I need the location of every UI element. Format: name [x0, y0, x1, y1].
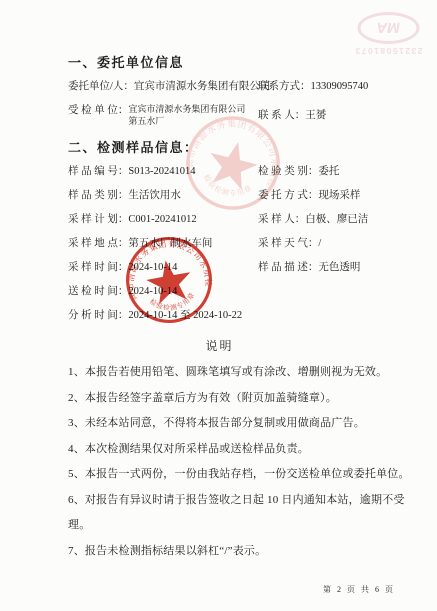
client-value: 宜宾市清源水务集团有限公司	[134, 80, 271, 94]
sampling-site-value: 第五水厂制水车间	[128, 237, 212, 251]
analysis-time-value: 2024-10-14 至 2024-10-22	[128, 309, 242, 323]
sample-info-row: 采 样 时 间：2024-10-14 样 品 描 述：无色透明	[68, 261, 399, 275]
phone-label: 联系方式：	[258, 80, 311, 94]
test-category-value: 委托	[318, 165, 339, 179]
cma-ma-label: MA	[377, 20, 400, 37]
notes-title: 说明	[54, 337, 385, 354]
inspected-unit-field: 受 检 单 位： 宜宾市清源水务集团有限公司 第五水厂	[68, 104, 258, 127]
commission-mode-label: 委 托 方 式：	[258, 189, 318, 203]
contact-person-value: 王赟	[305, 109, 326, 123]
note-line-6-continued: 理。	[68, 513, 399, 539]
commission-mode-value: 现场采样	[318, 189, 360, 203]
cma-accreditation-watermark: 23215081073 MA	[354, 12, 423, 56]
client-row: 委托单位/人：宜宾市清源水务集团有限公司 联系方式：13309095740	[68, 80, 399, 94]
sampling-plan-label: 采 样 计 划：	[68, 213, 128, 227]
sample-info-row: 送 检 时 间：2024-10-14	[68, 285, 399, 299]
inspected-unit-row: 受 检 单 位： 宜宾市清源水务集团有限公司 第五水厂 联 系 人：王赟	[68, 104, 399, 127]
section2-title: 二、检测样品信息：	[68, 137, 399, 156]
delivery-time-value: 2024-10-14	[128, 285, 177, 299]
note-line-5: 5、本报告一式两份，一份由我站存档，一份交送检单位或委托单位。	[68, 462, 399, 488]
test-category-label: 检 验 类 别：	[258, 165, 318, 179]
sampling-time-label: 采 样 时 间：	[68, 261, 128, 275]
section1-title: 一、委托单位信息	[68, 52, 399, 71]
note-line-3: 3、未经本站同意，不得将本报告部分复制或用做商品广告。	[68, 411, 399, 437]
contact-phone-field: 联系方式：13309095740	[258, 80, 399, 94]
inspected-unit-value: 宜宾市清源水务集团有限公司 第五水厂	[128, 104, 245, 127]
sample-no-label: 样 品 编 号：	[68, 165, 128, 179]
sampling-weather-value: /	[318, 237, 321, 251]
note-line-2: 2、本报告经签字盖章后方为有效（附页加盖骑缝章）。	[68, 386, 399, 412]
sampling-weather-label: 采 样 天 气：	[258, 237, 318, 251]
sampling-time-value: 2024-10-14	[128, 261, 177, 275]
page-number: 第 2 页 共 6 页	[323, 584, 395, 595]
sampler-label: 采 样 人：	[258, 213, 305, 227]
report-body: 一、委托单位信息 委托单位/人：宜宾市清源水务集团有限公司 联系方式：13309…	[68, 52, 399, 564]
note-line-1: 1、本报告若使用铅笔、圆珠笔填写或有涂改、增删则视为无效。	[68, 360, 399, 386]
report-page: 23215081073 MA 一、委托单位信息 委托单位/人：宜宾市清源水务集团…	[0, 0, 437, 611]
sample-type-label: 样 品 类 别：	[68, 189, 128, 203]
note-line-7: 7、报告未检测指标结果以斜杠“/”表示。	[68, 539, 399, 565]
phone-value: 13309095740	[311, 80, 369, 94]
note-line-6: 6、对报告有异议时请于报告签收之日起 10 日内通知本站，逾期不受	[68, 488, 399, 514]
client-name-field: 委托单位/人：宜宾市清源水务集团有限公司	[68, 80, 258, 94]
sample-info-row: 采 样 计 划：C001-20241012 采 样 人：白极、廖已洁	[68, 213, 399, 227]
cma-oval-icon: MA	[358, 12, 420, 44]
sampling-plan-value: C001-20241012	[128, 213, 196, 227]
sampler-value: 白极、廖已洁	[305, 213, 368, 227]
delivery-time-label: 送 检 时 间：	[68, 285, 128, 299]
sample-info-row: 样 品 类 别：生活饮用水 委 托 方 式：现场采样	[68, 189, 399, 203]
inspected-unit-line2: 第五水厂	[128, 116, 164, 126]
contact-person-field: 联 系 人：王赟	[258, 109, 399, 123]
analysis-time-label: 分 析 时 间：	[68, 309, 128, 323]
sample-type-value: 生活饮用水	[128, 189, 181, 203]
sample-description-label: 样 品 描 述：	[258, 261, 318, 275]
note-line-4: 4、本次检测结果仅对所采样品或送检样品负责。	[68, 437, 399, 463]
sampling-site-label: 采 样 地 点：	[68, 237, 128, 251]
sample-description-value: 无色透明	[318, 261, 360, 275]
sample-info-row: 样 品 编 号：S013-20241014 检 验 类 别：委托	[68, 165, 399, 179]
sample-info-row: 分 析 时 间：2024-10-14 至 2024-10-22	[68, 309, 399, 323]
client-label: 委托单位/人：	[68, 80, 134, 94]
contact-person-label: 联 系 人：	[258, 109, 305, 123]
sample-info-row: 采 样 地 点：第五水厂制水车间 采 样 天 气：/	[68, 237, 399, 251]
inspected-unit-label: 受 检 单 位：	[68, 104, 128, 127]
sample-no-value: S013-20241014	[128, 165, 195, 179]
inspected-unit-line1: 宜宾市清源水务集团有限公司	[128, 104, 245, 114]
